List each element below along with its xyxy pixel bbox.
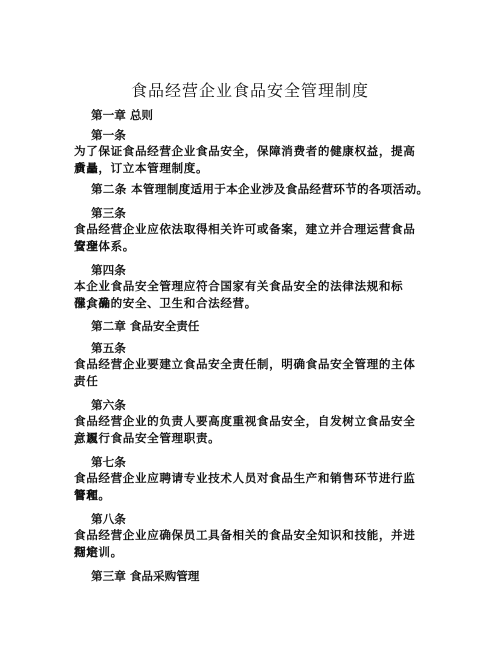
article-1-line-2: 质量，订立本管理制度。 xyxy=(74,160,426,177)
article-1-heading: 第一条 xyxy=(91,127,126,144)
chapter-2-heading: 第二章 食品安全责任 xyxy=(91,318,199,335)
chapter-1-heading: 第一章 总则 xyxy=(91,107,153,124)
document-page: 食品经营企业食品安全管理制度 第一章 总则 第一条 为了保证食品经营企业食品安全… xyxy=(0,0,500,647)
article-3-line-2: 管理体系。 xyxy=(74,238,426,255)
article-6-line-2: ，履行食品安全管理职责。 xyxy=(74,430,426,447)
article-4-heading: 第四条 xyxy=(91,262,126,279)
document-title: 食品经营企业食品安全管理制度 xyxy=(0,78,500,101)
article-3-heading: 第三条 xyxy=(91,205,126,222)
article-8-line-2: 期培训。 xyxy=(74,544,426,561)
article-7-heading: 第七条 xyxy=(91,454,126,471)
article-6-heading: 第六条 xyxy=(91,397,126,414)
chapter-3-heading: 第三章 食品采购管理 xyxy=(91,568,199,585)
article-8-heading: 第八条 xyxy=(91,511,126,528)
article-7-line-2: 管理。 xyxy=(74,487,426,504)
article-4-line-2: 保食品的安全、卫生和合法经营。 xyxy=(74,295,426,312)
article-5-heading: 第五条 xyxy=(91,340,126,357)
article-2-text: 第二条 本管理制度适用于本企业涉及食品经营环节的各项活动。 xyxy=(91,181,431,198)
article-5-line-2: 。 xyxy=(74,373,426,390)
